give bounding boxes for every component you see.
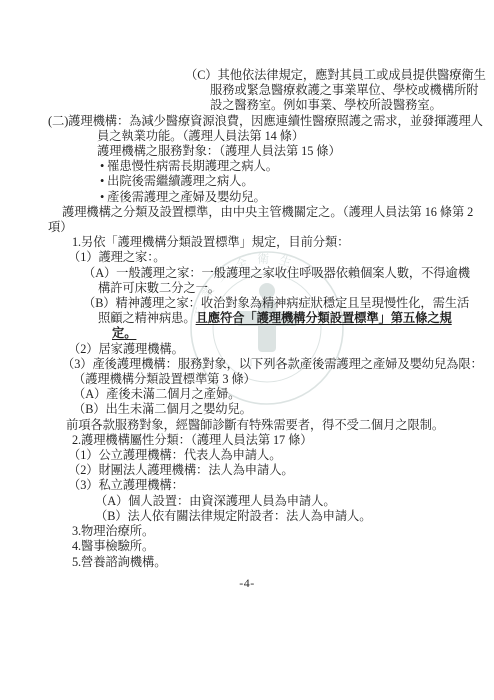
text-line: 護理機構之分類及設置標準，由中央主管機關定之。（護理人員法第 16 條第 2 xyxy=(0,205,494,220)
body-text: • 罹患慢性病需長期護理之病人。 xyxy=(100,159,278,173)
text-line: （2）居家護理機構。 xyxy=(0,342,494,357)
text-line: 前項各款服務對象，經醫師診斷有特殊需要者，得不受二個月之限制。 xyxy=(0,418,494,433)
text-line: （3）產後護理機構：服務對象，以下列各款產後需護理之產婦及嬰幼兒為限： xyxy=(0,357,494,372)
body-text: 前項各款服務對象，經醫師診斷有特殊需要者，得不受二個月之限制。 xyxy=(66,418,444,432)
text-line: 員之執業功能。（護理人員法第 14 條） xyxy=(0,129,494,144)
body-text: 服務或緊急醫療救護之事業單位、學校或機構所附 xyxy=(210,83,478,97)
body-text: • 產後需護理之產婦及嬰幼兒。 xyxy=(100,190,266,204)
body-text: （3）產後護理機構：服務對象，以下列各款產後需護理之產婦及嬰幼兒為限： xyxy=(62,357,483,371)
text-line: （3）私立護理機構： xyxy=(0,478,494,493)
text-line: 3.物理治療所。 xyxy=(0,524,494,539)
body-text: 員之執業功能。（護理人員法第 14 條） xyxy=(97,129,304,143)
text-line: 構許可床數二分之一。 xyxy=(0,281,494,296)
text-line: 4.醫事檢驗所。 xyxy=(0,539,494,554)
text-line: （B）出生未滿二個月之嬰幼兒。 xyxy=(0,402,494,417)
body-text: • 出院後需繼續護理之病人。 xyxy=(100,174,254,188)
text-line: （B）法人依有關法律規定附設者：法人為申請人。 xyxy=(0,509,494,524)
page-number: -4- xyxy=(0,576,494,591)
body-text: 護理機構之服務對象：（護理人員法第 15 條） xyxy=(97,144,341,158)
text-line: • 罹患慢性病需長期護理之病人。 xyxy=(0,159,494,174)
text-line: （1）公立護理機構：代表人為申請人。 xyxy=(0,448,494,463)
document-page: 工業安全衛生 ISHA （C）其他依法律規定，應對其員工或成員提供醫療衛生服務或… xyxy=(0,0,494,700)
text-line: 護理機構之服務對象：（護理人員法第 15 條） xyxy=(0,144,494,159)
body-text: 項） xyxy=(48,220,72,234)
text-line: 1.另依「護理機構分類設置標準」規定，目前分類： xyxy=(0,235,494,250)
body-text: （3）私立護理機構： xyxy=(68,478,184,492)
body-text: （A）一般護理之家：一般護理之家收住呼吸器依賴個案人數，不得逾機 xyxy=(83,266,470,280)
document-body: （C）其他依法律規定，應對其員工或成員提供醫療衛生服務或緊急醫療救護之事業單位、… xyxy=(0,68,494,591)
body-text: （2）財團法人護理機構：法人為申請人。 xyxy=(68,463,294,477)
body-text: （B）法人依有關法律規定附設者：法人為申請人。 xyxy=(95,509,371,523)
body-text: （B）出生未滿二個月之嬰幼兒。 xyxy=(73,402,252,416)
text-line: 照顧之精神病患。且應符合「護理機構分類設置標準」第五條之規 xyxy=(0,311,494,326)
body-text: （1）公立護理機構：代表人為申請人。 xyxy=(68,448,281,462)
body-text: （A）產後未滿二個月之產婦。 xyxy=(73,387,240,401)
body-text: （1）護理之家：。 xyxy=(68,250,165,264)
text-line: （護理機構分類設置標準第 3 條） xyxy=(0,372,494,387)
emphasized-text: 定。 xyxy=(112,326,136,340)
text-line: （A）產後未滿二個月之產婦。 xyxy=(0,387,494,402)
body-text: (二)護理機構：為減少醫療資源浪費，因應連續性醫療照護之需求，並發揮護理人 xyxy=(48,114,483,128)
text-line: （B）精神護理之家：收治對象為精神病症狀穩定且呈現慢性化，需生活 xyxy=(0,296,494,311)
text-line: 5.營養諮詢機構。 xyxy=(0,555,494,570)
text-line: 設之醫務室。例如事業、學校所設醫務室。 xyxy=(0,98,494,113)
text-line: • 出院後需繼續護理之病人。 xyxy=(0,174,494,189)
body-text: 5.營養諮詢機構。 xyxy=(72,555,166,569)
body-text: 構許可床數二分之一。 xyxy=(98,281,220,295)
text-line: 2.護理機構屬性分類：（護理人員法第 17 條） xyxy=(0,433,494,448)
text-line: （1）護理之家：。 xyxy=(0,250,494,265)
body-text: （B）精神護理之家：收治對象為精神病症狀穩定且呈現慢性化，需生活 xyxy=(83,296,469,310)
body-text: 4.醫事檢驗所。 xyxy=(72,539,154,553)
body-text: 照顧之精神病患。 xyxy=(98,311,196,325)
body-text: （2）居家護理機構。 xyxy=(68,342,184,356)
body-text: （C）其他依法律規定，應對其員工或成員提供醫療衛生 xyxy=(185,68,486,82)
body-text: 護理機構之分類及設置標準，由中央主管機關定之。（護理人員法第 16 條第 2 xyxy=(62,205,473,219)
body-text: 3.物理治療所。 xyxy=(72,524,154,538)
text-line: （2）財團法人護理機構：法人為申請人。 xyxy=(0,463,494,478)
body-text: 1.另依「護理機構分類設置標準」規定，目前分類： xyxy=(72,235,349,249)
text-line: （A）一般護理之家：一般護理之家收住呼吸器依賴個案人數，不得逾機 xyxy=(0,266,494,281)
text-line: 服務或緊急醫療救護之事業單位、學校或機構所附 xyxy=(0,83,494,98)
text-line: • 產後需護理之產婦及嬰幼兒。 xyxy=(0,190,494,205)
text-line: (二)護理機構：為減少醫療資源浪費，因應連續性醫療照護之需求，並發揮護理人 xyxy=(0,114,494,129)
emphasized-text: 且應符合「護理機構分類設置標準」第五條之規 xyxy=(196,311,452,325)
body-text: （護理機構分類設置標準第 3 條） xyxy=(73,372,256,386)
text-line: 項） xyxy=(0,220,494,235)
text-line: （A）個人設置：由資深護理人員為申請人。 xyxy=(0,494,494,509)
body-text: 2.護理機構屬性分類：（護理人員法第 17 條） xyxy=(72,433,312,447)
body-text: 設之醫務室。例如事業、學校所設醫務室。 xyxy=(210,98,442,112)
body-text: （A）個人設置：由資深護理人員為申請人。 xyxy=(95,494,336,508)
text-line: （C）其他依法律規定，應對其員工或成員提供醫療衛生 xyxy=(0,68,494,83)
text-line: 定。 xyxy=(0,326,494,341)
